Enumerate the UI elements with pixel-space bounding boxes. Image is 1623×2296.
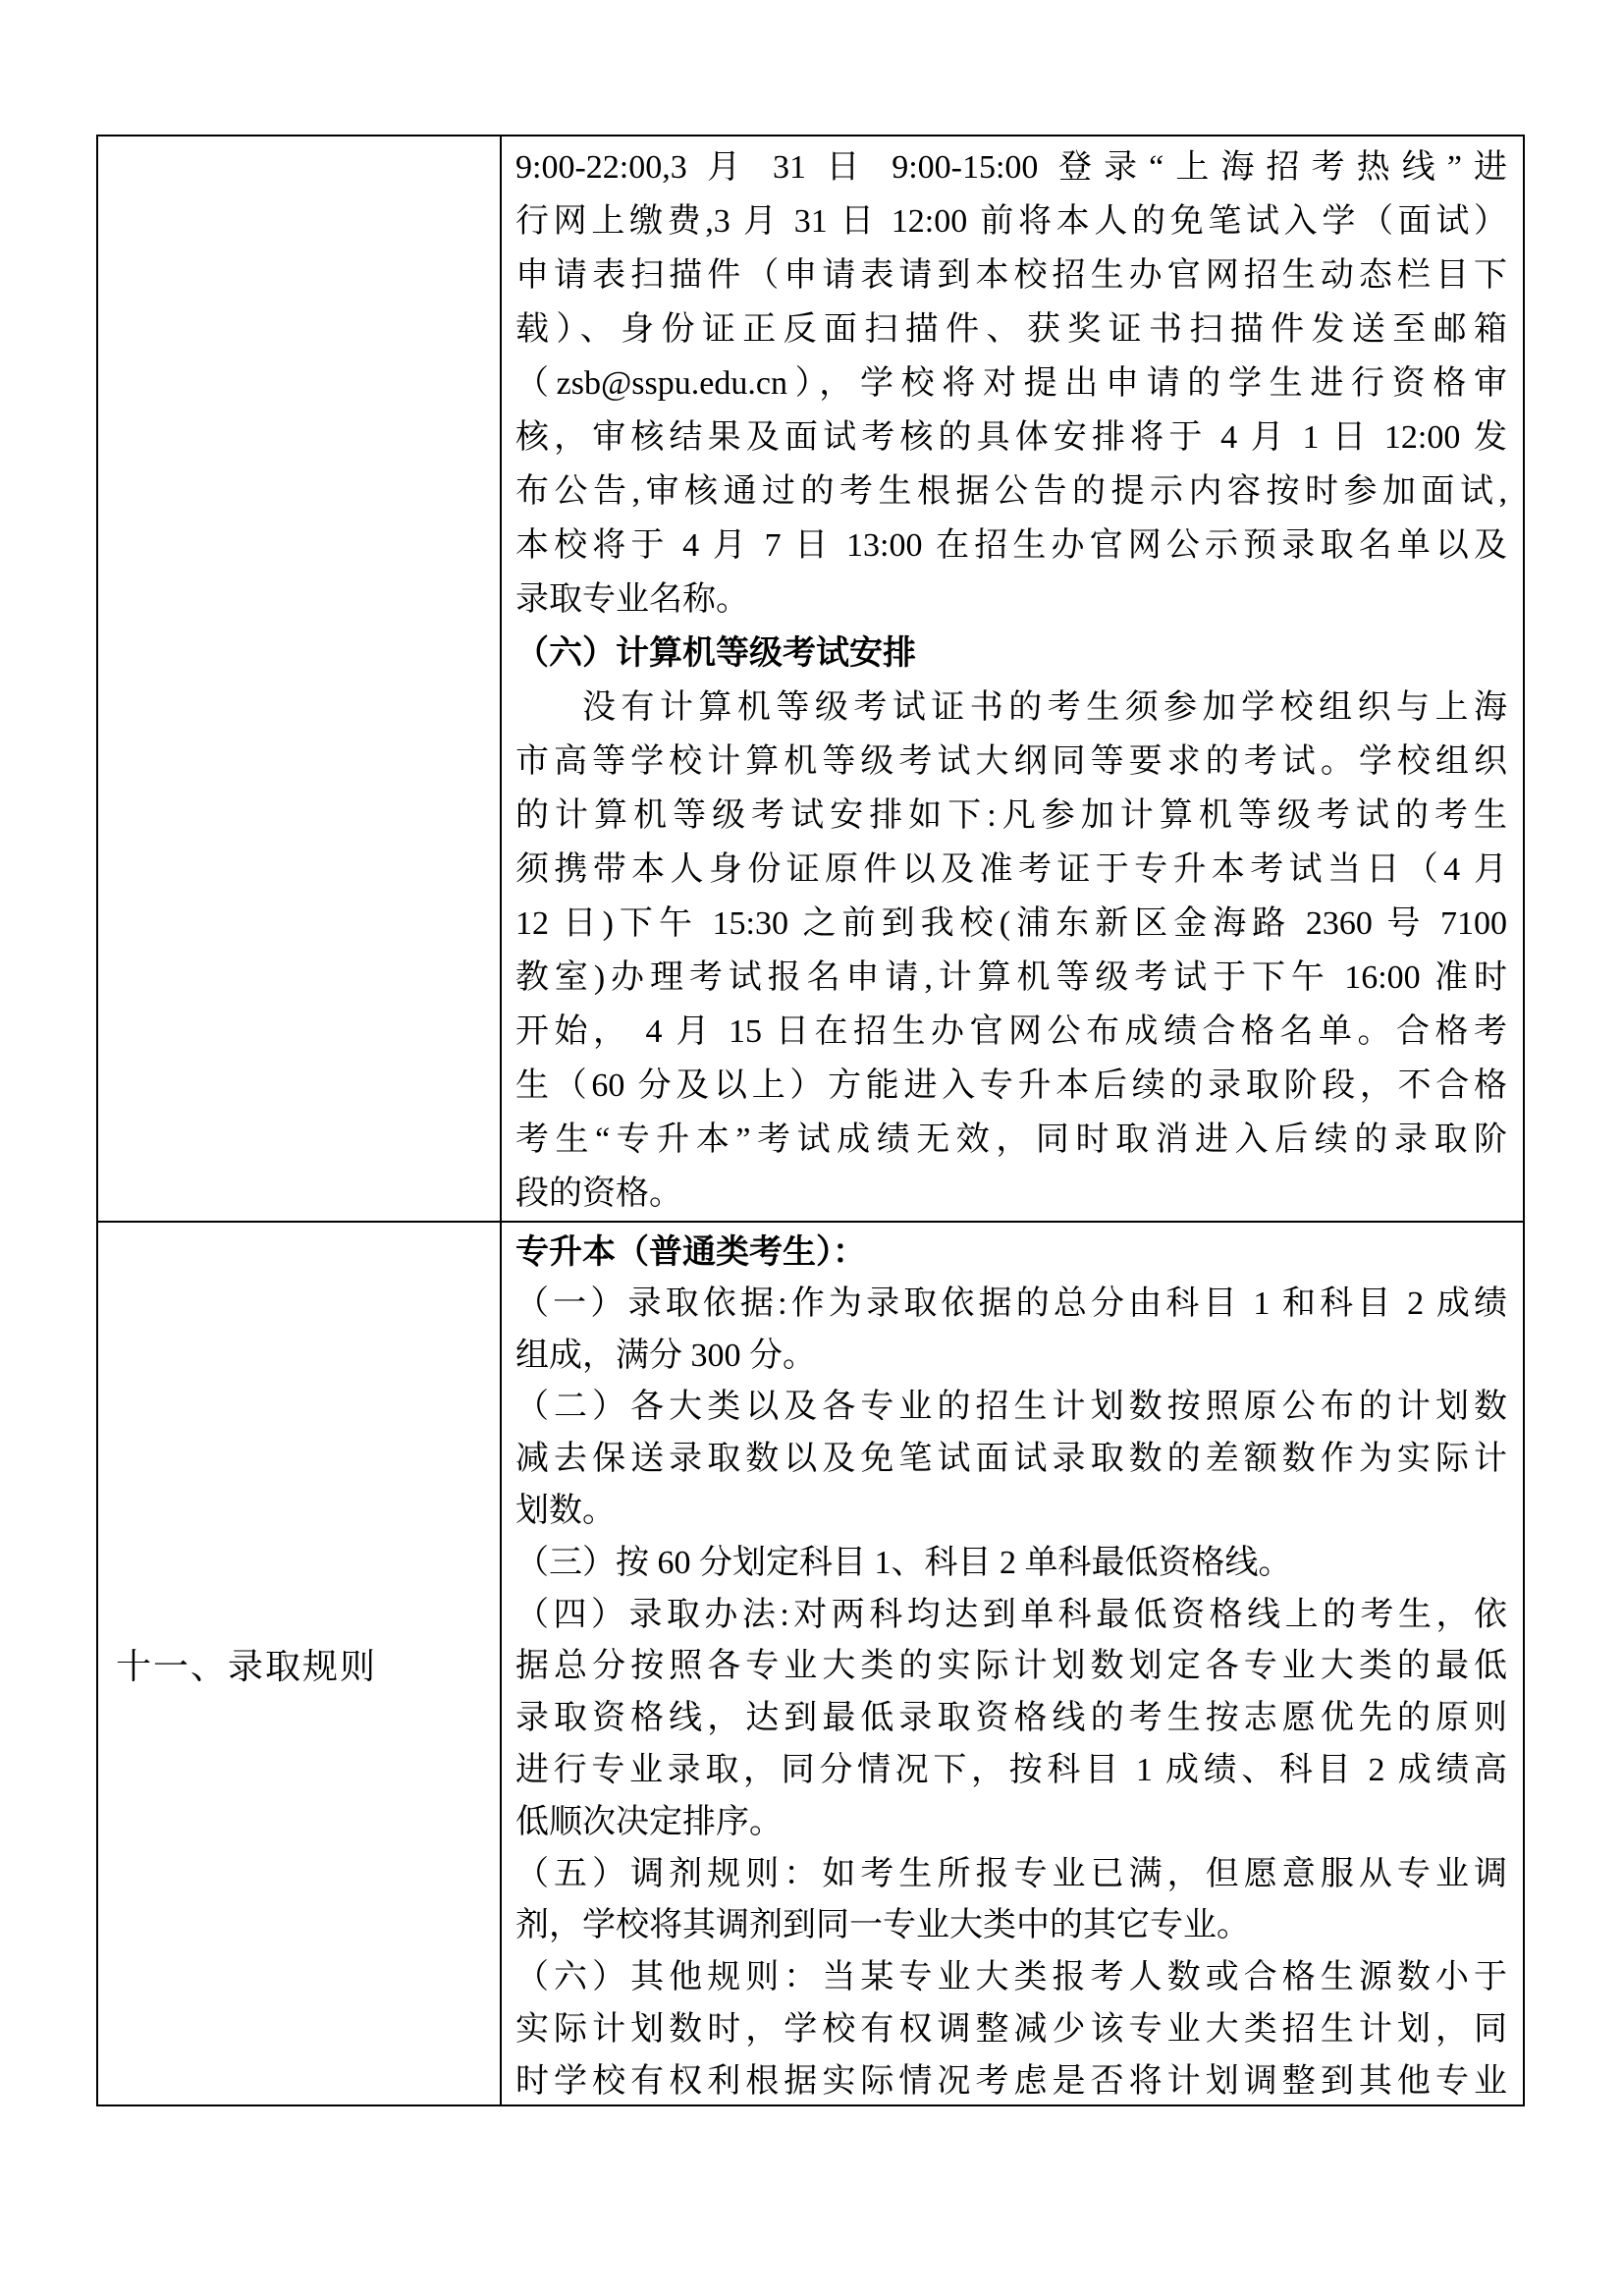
text-line: 12 日)下午 15:30 之前到我校(浦东新区金海路 2360 号 7100 (515, 897, 1507, 951)
text-line: 布公告,审核通过的考生根据公告的提示内容按时参加面试, (515, 465, 1507, 519)
text-line: 时学校有权利根据实际情况考虑是否将计划调整到其他专业 (515, 2056, 1507, 2105)
text-line: 进行专业录取，同分情况下，按科目 1 成绩、科目 2 成绩高 (515, 1745, 1507, 1797)
text-line: 9:00-22:00,3 月 31 日 9:00-15:00 登录“上海招考热线… (515, 140, 1507, 194)
text-line: 剂，学校将其调剂到同一专业大类中的其它专业。 (515, 1900, 1507, 1952)
table-row-admission-rules: 十一、录取规则 专升本（普通类考生）：（一）录取依据:作为录取依据的总分由科目 … (98, 1223, 1523, 2105)
text-line: 行网上缴费,3 月 31 日 12:00 前将本人的免笔试入学（面试） (515, 194, 1507, 248)
text-line: 录取资格线，达到最低录取资格线的考生按志愿优先的原则 (515, 1693, 1507, 1745)
row-content-cell: 9:00-22:00,3 月 31 日 9:00-15:00 登录“上海招考热线… (502, 137, 1523, 1221)
text-line: 教室)办理考试报名申请,计算机等级考试于下午 16:00 准时 (515, 951, 1507, 1005)
text-line: 减去保送录取数以及免笔试面试录取数的差额数作为实际计 (515, 1434, 1507, 1486)
row-content-cell: 专升本（普通类考生）：（一）录取依据:作为录取依据的总分由科目 1 和科目 2 … (502, 1223, 1523, 2105)
text-block: 9:00-22:00,3 月 31 日 9:00-15:00 登录“上海招考热线… (515, 140, 1507, 1221)
text-line: 开始， 4 月 15 日在招生办官网公布成绩合格名单。合格考 (515, 1005, 1507, 1059)
text-line: （一）录取依据:作为录取依据的总分由科目 1 和科目 2 成绩 (515, 1279, 1507, 1331)
text-line: （六）计算机等级考试安排 (515, 627, 1507, 681)
text-block: 专升本（普通类考生）：（一）录取依据:作为录取依据的总分由科目 1 和科目 2 … (515, 1227, 1507, 2105)
text-line: （二）各大类以及各专业的招生计划数按照原公布的计划数 (515, 1382, 1507, 1434)
text-line: 的计算机等级考试安排如下:凡参加计算机等级考试的考生 (515, 789, 1507, 843)
text-line: 申请表扫描件（申请表请到本校招生办官网招生动态栏目下 (515, 248, 1507, 302)
text-line: （六）其他规则：当某专业大类报考人数或合格生源数小于 (515, 1952, 1507, 2004)
text-line: 据总分按照各专业大类的实际计划数划定各专业大类的最低 (515, 1641, 1507, 1693)
text-line: 本校将于 4 月 7 日 13:00 在招生办官网公示预录取名单以及 (515, 519, 1507, 573)
text-line: 专升本（普通类考生）： (515, 1227, 1507, 1279)
text-line: 实际计划数时，学校有权调整减少该专业大类招生计划，同 (515, 2004, 1507, 2056)
row-label: 十一、录取规则 (98, 1639, 377, 1689)
text-line: 生（60 分及以上）方能进入专升本后续的录取阶段，不合格 (515, 1059, 1507, 1113)
admission-info-table: 9:00-22:00,3 月 31 日 9:00-15:00 登录“上海招考热线… (96, 135, 1525, 2106)
text-line: （三）按 60 分划定科目 1、科目 2 单科最低资格线。 (515, 1538, 1507, 1590)
text-line: 录取专业名称。 (515, 573, 1507, 627)
text-line: （五）调剂规则：如考生所报专业已满，但愿意服从专业调 (515, 1849, 1507, 1901)
text-line: 段的资格。 (515, 1167, 1507, 1221)
text-line: 载）、身份证正反面扫描件、获奖证书扫描件发送至邮箱 (515, 302, 1507, 356)
row-label-cell (98, 137, 502, 1221)
text-line: 组成，满分 300 分。 (515, 1331, 1507, 1383)
row-label-cell: 十一、录取规则 (98, 1223, 502, 2105)
text-line: 划数。 (515, 1486, 1507, 1538)
text-line: 低顺次决定排序。 (515, 1797, 1507, 1849)
text-line: 考生“专升本”考试成绩无效，同时取消进入后续的录取阶 (515, 1113, 1507, 1167)
text-line: 市高等学校计算机等级考试大纲同等要求的考试。学校组织 (515, 735, 1507, 789)
text-line: 须携带本人身份证原件以及准考证于专升本考试当日（4 月 (515, 843, 1507, 897)
text-line: （zsb@sspu.edu.cn），学校将对提出申请的学生进行资格审 (515, 356, 1507, 410)
text-line: 核，审核结果及面试考核的具体安排将于 4 月 1 日 12:00 发 (515, 410, 1507, 465)
text-line: 没有计算机等级考试证书的考生须参加学校组织与上海 (515, 681, 1507, 735)
table-row-exam-arrangements: 9:00-22:00,3 月 31 日 9:00-15:00 登录“上海招考热线… (98, 137, 1523, 1223)
document-page: 9:00-22:00,3 月 31 日 9:00-15:00 登录“上海招考热线… (0, 0, 1623, 2296)
text-line: （四）录取办法:对两科均达到单科最低资格线上的考生，依 (515, 1590, 1507, 1642)
